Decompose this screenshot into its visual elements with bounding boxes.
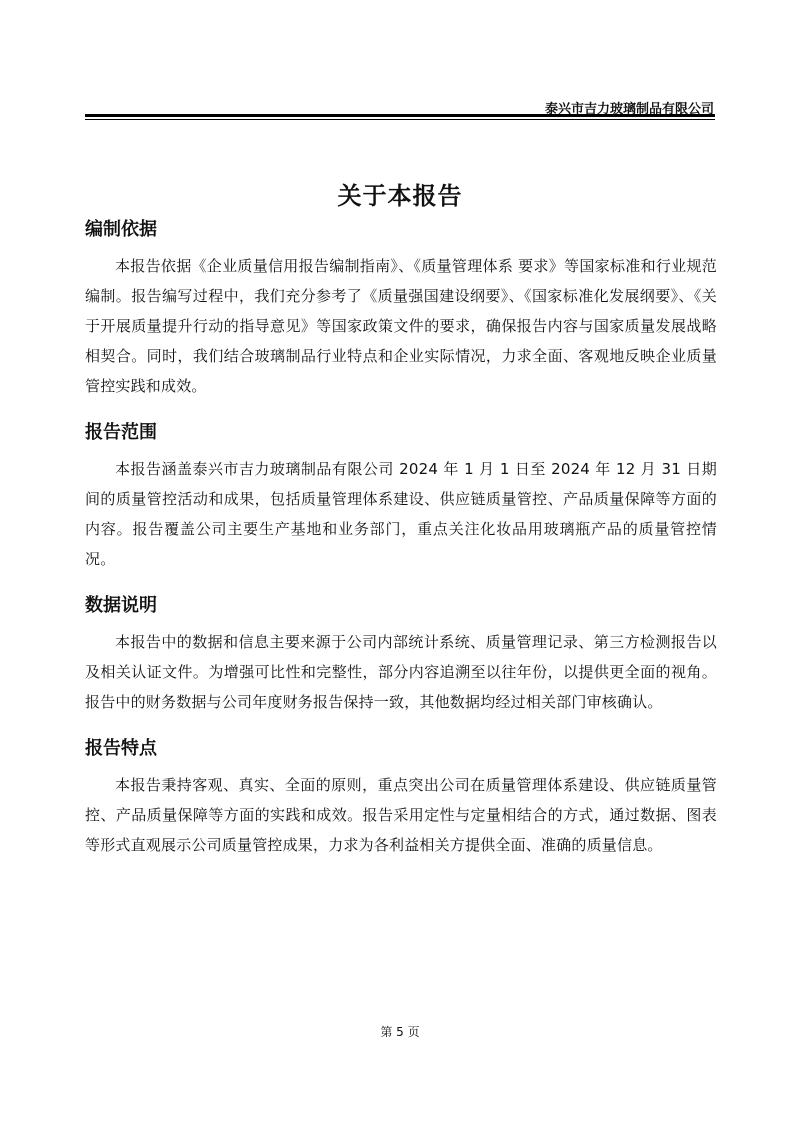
section-report-scope: 报告范围 本报告涵盖泰兴市吉力玻璃制品有限公司 2024 年 1 月 1 日至 … [85,420,717,574]
section-data-description: 数据说明 本报告中的数据和信息主要来源于公司内部统计系统、质量管理记录、第三方检… [85,593,717,717]
section-body: 本报告涵盖泰兴市吉力玻璃制品有限公司 2024 年 1 月 1 日至 2024 … [85,454,717,574]
section-heading: 报告特点 [85,736,717,762]
section-body: 本报告秉持客观、真实、全面的原则，重点突出公司在质量管理体系建设、供应链质量管控… [85,770,717,860]
header-divider [85,114,715,121]
header-divider-thick [85,114,715,117]
section-heading: 数据说明 [85,593,717,619]
section-compilation-basis: 编制依据 本报告依据《企业质量信用报告编制指南》、《质量管理体系 要求》等国家标… [85,217,717,401]
section-report-features: 报告特点 本报告秉持客观、真实、全面的原则，重点突出公司在质量管理体系建设、供应… [85,736,717,860]
section-body: 本报告依据《企业质量信用报告编制指南》、《质量管理体系 要求》等国家标准和行业规… [85,251,717,401]
section-body: 本报告中的数据和信息主要来源于公司内部统计系统、质量管理记录、第三方检测报告以及… [85,627,717,717]
page-number: 第 5 页 [0,1023,800,1040]
section-heading: 编制依据 [85,217,717,243]
header-divider-thin [85,119,715,120]
section-heading: 报告范围 [85,420,717,446]
page-title: 关于本报告 [0,176,800,211]
